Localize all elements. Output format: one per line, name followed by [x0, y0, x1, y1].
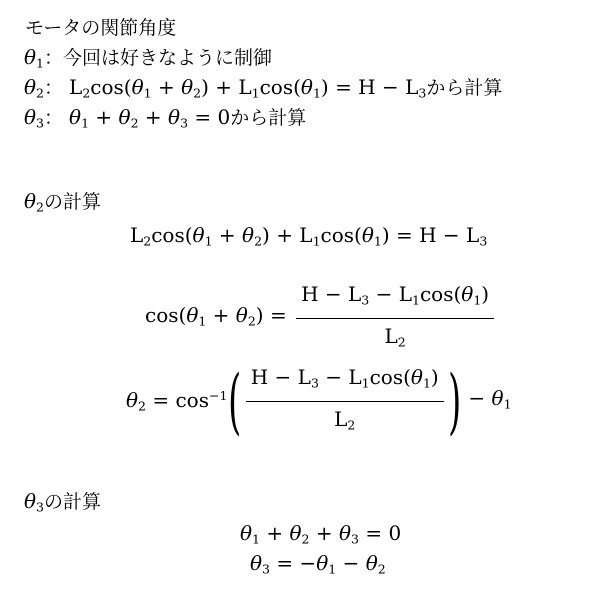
close-paren: ) — [448, 364, 461, 437]
theta3-section-header: θ3の計算 — [24, 487, 101, 522]
page-title: モータの関節角度 — [25, 13, 176, 42]
slide-canvas: モータの関節角度 θ1：今回は好きなように制御 θ2： L2cos(θ1 + θ… — [0, 0, 602, 600]
equation-rhs: − θ1 — [462, 384, 511, 419]
theta2-section-header: θ2の計算 — [24, 187, 101, 222]
fraction: H − L3 − L1cos(θ1) L2 — [246, 363, 444, 439]
equation-lhs: θ2 = cos−1 — [126, 382, 227, 421]
theta2-equation-solved: θ2 = cos−1 ( H − L3 − L1cos(θ1) L2 ) − θ… — [126, 363, 512, 439]
equation-lhs: cos(θ1 + θ2) = — [145, 301, 293, 336]
theta3-equation-solved: θ3 = −θ1 − θ2 — [250, 549, 386, 584]
fraction-numerator: H − L3 − L1cos(θ1) — [246, 363, 444, 401]
fraction-numerator: H − L3 − L1cos(θ1) — [296, 280, 494, 318]
open-paren: ( — [229, 364, 242, 437]
theta3-description-line: θ3： θ1 + θ2 + θ3 = 0から計算 — [24, 103, 306, 138]
fraction-denominator: L2 — [296, 318, 494, 357]
theta2-equation-original: L2cos(θ1 + θ2) + L1cos(θ1) = H − L3 — [130, 221, 487, 256]
theta2-equation-cos-isolated: cos(θ1 + θ2) = H − L3 − L1cos(θ1) L2 — [145, 280, 497, 356]
fraction-denominator: L2 — [246, 401, 444, 440]
fraction: H − L3 − L1cos(θ1) L2 — [296, 280, 494, 356]
